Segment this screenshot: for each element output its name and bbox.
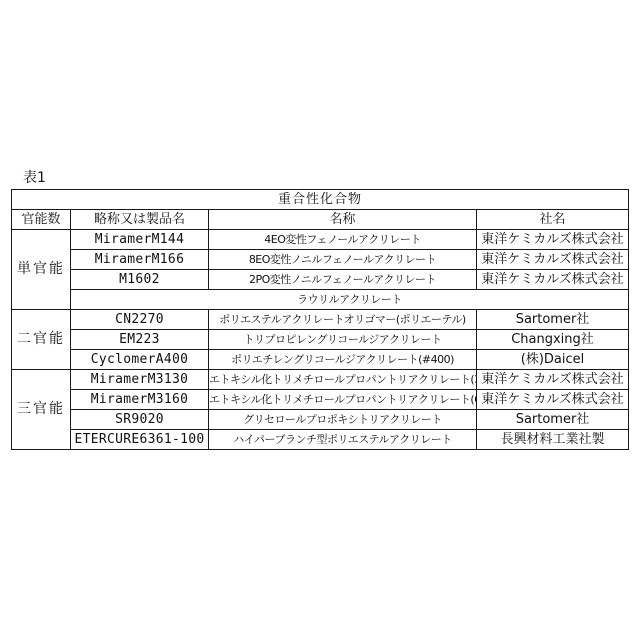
group-label-trifunctional: 三官能 (12, 370, 71, 450)
abbreviation-cell: MiramerM3130 (71, 370, 209, 390)
name-cell: ハイパーブランチ型ポリエステルアクリレート (209, 430, 477, 450)
table-row: CyclomerA400 ポリエチレングリコールジアクリレート(#400) (株… (12, 350, 629, 370)
name-cell: トリプロピレングリコールジアクリレート (209, 330, 477, 350)
table-row: 三官能 MiramerM3130 エトキシル化トリメチロールプロパントリアクリレ… (12, 370, 629, 390)
table-title: 重合性化合物 (12, 190, 629, 210)
table-row: 単官能 MiramerM144 4EO変性フェノールアクリレート 東洋ケミカルズ… (12, 230, 629, 250)
abbreviation-cell: MiramerM166 (71, 250, 209, 270)
abbreviation-cell: MiramerM144 (71, 230, 209, 250)
abbreviation-cell: ETERCURE6361-100 (71, 430, 209, 450)
table-row: 二官能 CN2270 ポリエステルアクリレートオリゴマー(ポリエーテル) Sar… (12, 310, 629, 330)
abbreviation-cell: MiramerM3160 (71, 390, 209, 410)
company-cell: 東洋ケミカルズ株式会社 (477, 270, 629, 290)
group-label-bifunctional: 二官能 (12, 310, 71, 370)
header-row: 官能数 略称又は製品名 名称 社名 (12, 210, 629, 230)
header-name: 名称 (209, 210, 477, 230)
abbreviation-cell: CN2270 (71, 310, 209, 330)
table-row: MiramerM3160 エトキシル化トリメチロールプロパントリアクリレート(6… (12, 390, 629, 410)
name-cell: ポリエステルアクリレートオリゴマー(ポリエーテル) (209, 310, 477, 330)
company-cell: 東洋ケミカルズ株式会社 (477, 230, 629, 250)
company-cell: Sartomer社 (477, 310, 629, 330)
company-cell: 東洋ケミカルズ株式会社 (477, 250, 629, 270)
table-row: MiramerM166 8EO変性ノニルフェノールアクリレート 東洋ケミカルズ株… (12, 250, 629, 270)
company-cell: (株)Daicel (477, 350, 629, 370)
name-cell: グリセロールプロポキシトリアクリレート (209, 410, 477, 430)
merged-name-cell: ラウリルアクリレート (71, 290, 629, 310)
name-cell: 4EO変性フェノールアクリレート (209, 230, 477, 250)
company-cell: Sartomer社 (477, 410, 629, 430)
table-caption: 表1 (23, 170, 46, 186)
company-cell: 東洋ケミカルズ株式会社 (477, 390, 629, 410)
name-cell: 2PO変性ノニルフェノールアクリレート (209, 270, 477, 290)
header-functionality: 官能数 (12, 210, 71, 230)
table-title-row: 重合性化合物 (12, 190, 629, 210)
name-cell: エトキシル化トリメチロールプロパントリアクリレート(3EO) (209, 370, 477, 390)
header-abbreviation: 略称又は製品名 (71, 210, 209, 230)
abbreviation-cell: SR9020 (71, 410, 209, 430)
abbreviation-cell: EM223 (71, 330, 209, 350)
table-row: ETERCURE6361-100 ハイパーブランチ型ポリエステルアクリレート 長… (12, 430, 629, 450)
abbreviation-cell: CyclomerA400 (71, 350, 209, 370)
company-cell: Changxing社 (477, 330, 629, 350)
table-row: SR9020 グリセロールプロポキシトリアクリレート Sartomer社 (12, 410, 629, 430)
group-label-monofunctional: 単官能 (12, 230, 71, 310)
abbreviation-cell: M1602 (71, 270, 209, 290)
name-cell: 8EO変性ノニルフェノールアクリレート (209, 250, 477, 270)
company-cell: 東洋ケミカルズ株式会社 (477, 370, 629, 390)
header-company: 社名 (477, 210, 629, 230)
table-row: M1602 2PO変性ノニルフェノールアクリレート 東洋ケミカルズ株式会社 (12, 270, 629, 290)
name-cell: エトキシル化トリメチロールプロパントリアクリレート(6EO) (209, 390, 477, 410)
table-row: EM223 トリプロピレングリコールジアクリレート Changxing社 (12, 330, 629, 350)
table-row: ラウリルアクリレート (12, 290, 629, 310)
polymerizable-compound-table: 重合性化合物 官能数 略称又は製品名 名称 社名 単官能 MiramerM144… (11, 189, 629, 450)
company-cell: 長興材料工業社製 (477, 430, 629, 450)
name-cell: ポリエチレングリコールジアクリレート(#400) (209, 350, 477, 370)
